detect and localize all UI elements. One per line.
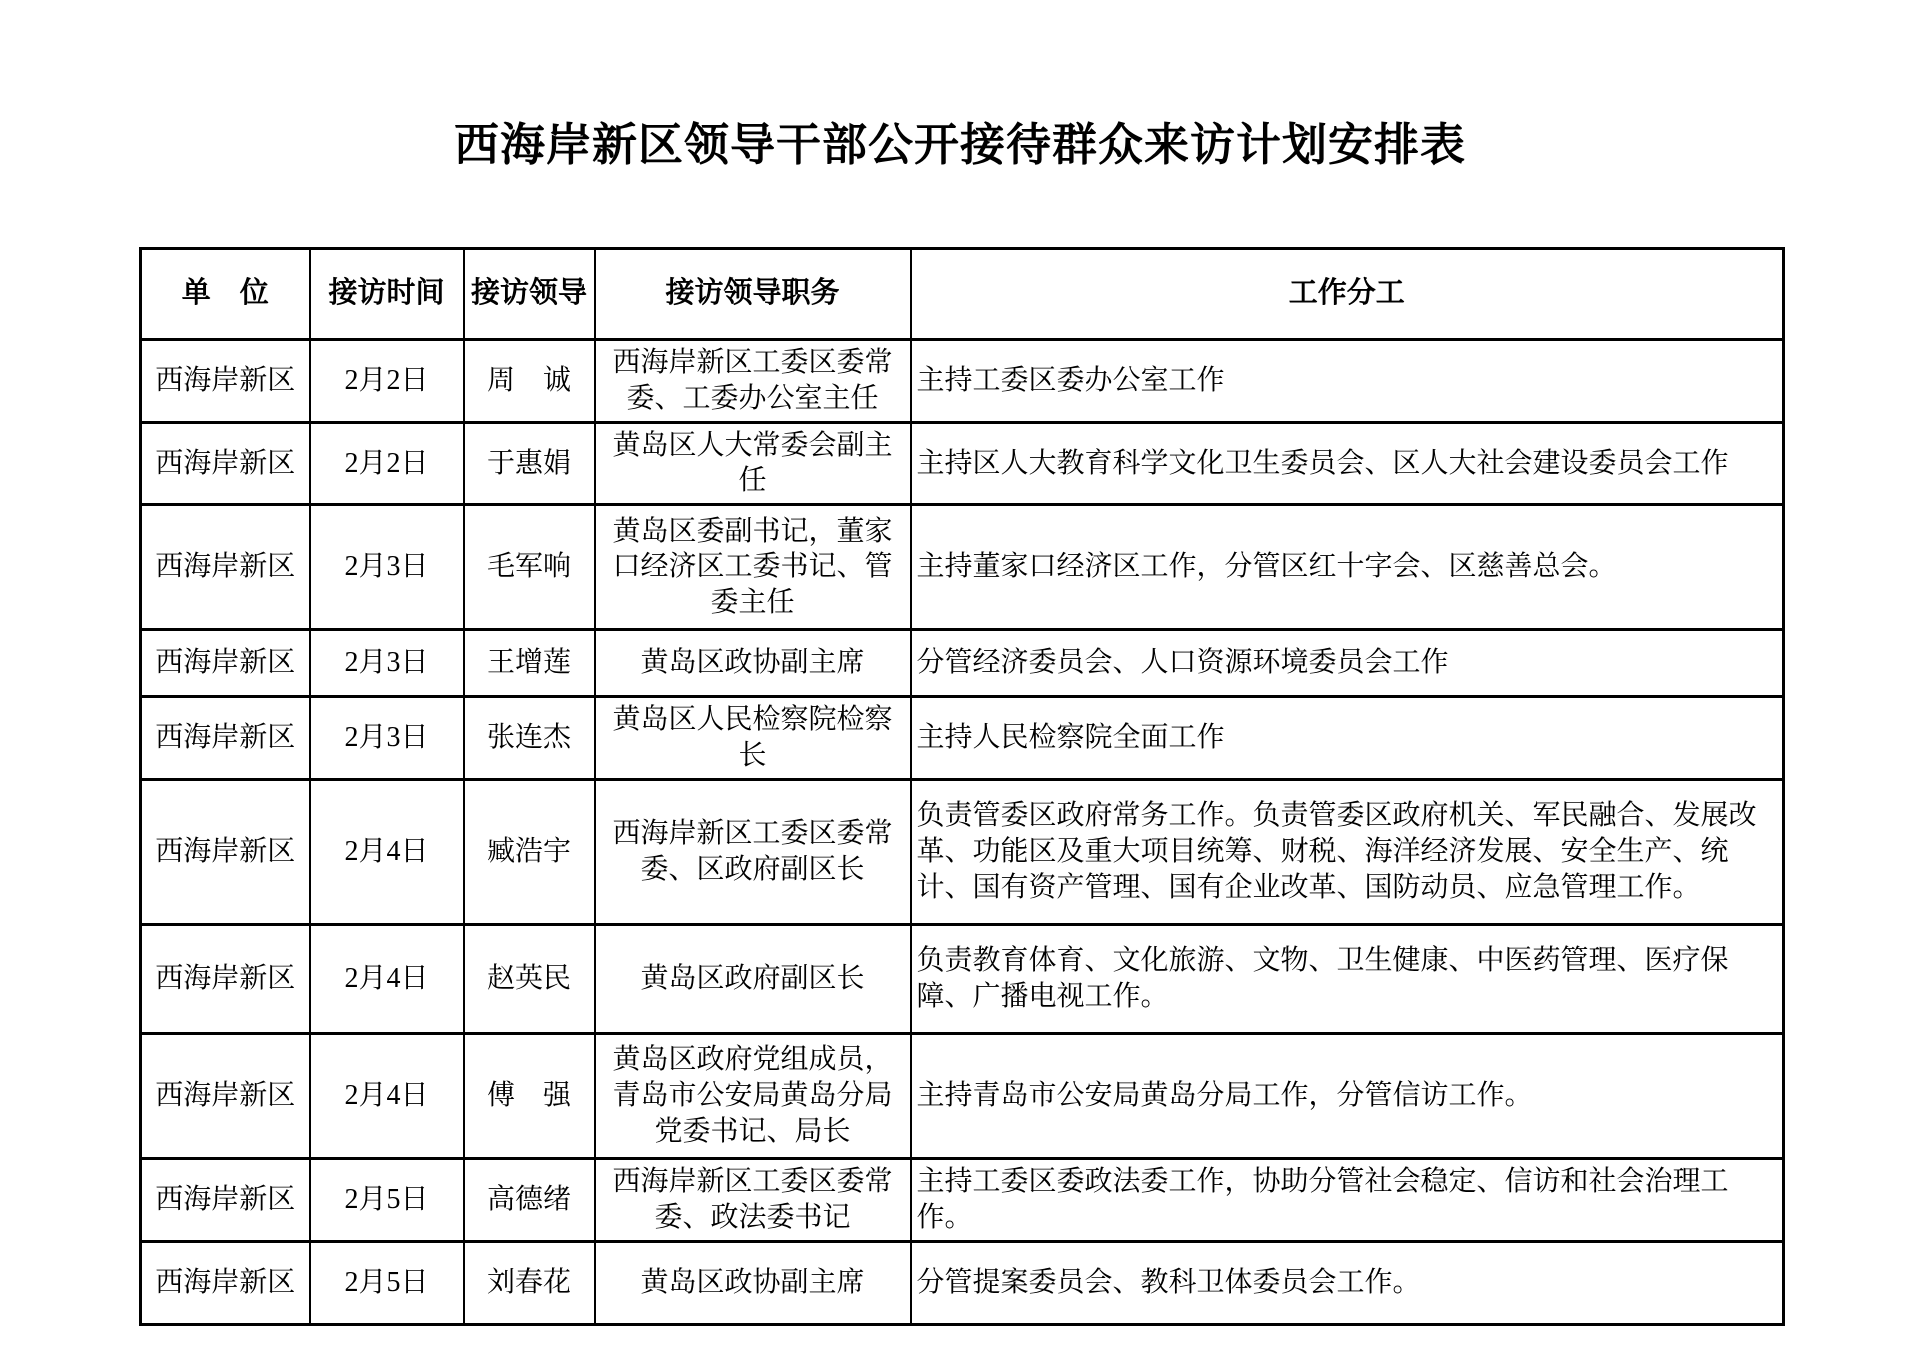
- duty-cell: 负责教育体育、文化旅游、文物、卫生健康、中医药管理、医疗保障、广播电视工作。: [911, 924, 1784, 1033]
- time-cell: 2月5日: [310, 1241, 464, 1324]
- table-row: 西海岸新区 2月2日 于惠娟 黄岛区人大常委会副主任 主持区人大教育科学文化卫生…: [141, 422, 1784, 505]
- leader-cell: 周 诚: [464, 340, 595, 423]
- page-title: 西海岸新区领导干部公开接待群众来访计划安排表: [0, 108, 1920, 173]
- time-cell: 2月4日: [310, 1033, 464, 1158]
- time-cell: 2月2日: [310, 340, 464, 423]
- time-cell: 2月5日: [310, 1158, 464, 1241]
- unit-cell: 西海岸新区: [141, 1158, 310, 1241]
- position-cell: 黄岛区政协副主席: [595, 1241, 911, 1324]
- duty-cell: 分管提案委员会、教科卫体委员会工作。: [911, 1241, 1784, 1324]
- unit-cell: 西海岸新区: [141, 779, 310, 924]
- time-cell: 2月3日: [310, 697, 464, 780]
- leader-cell: 赵英民: [464, 924, 595, 1033]
- table-header-row: 单 位 接访时间 接访领导 接访领导职务 工作分工: [141, 249, 1784, 340]
- position-cell: 黄岛区委副书记，董家口经济区工委书记、管委主任: [595, 505, 911, 630]
- table-row: 西海岸新区 2月2日 周 诚 西海岸新区工委区委常委、工委办公室主任 主持工委区…: [141, 340, 1784, 423]
- unit-cell: 西海岸新区: [141, 630, 310, 697]
- position-cell: 西海岸新区工委区委常委、政法委书记: [595, 1158, 911, 1241]
- leader-cell: 傅 强: [464, 1033, 595, 1158]
- position-cell: 黄岛区人大常委会副主任: [595, 422, 911, 505]
- duty-cell: 分管经济委员会、人口资源环境委员会工作: [911, 630, 1784, 697]
- table-row: 西海岸新区 2月3日 毛军响 黄岛区委副书记，董家口经济区工委书记、管委主任 主…: [141, 505, 1784, 630]
- duty-cell: 主持人民检察院全面工作: [911, 697, 1784, 780]
- leader-cell: 刘春花: [464, 1241, 595, 1324]
- column-header-leader: 接访领导: [464, 249, 595, 340]
- time-cell: 2月3日: [310, 505, 464, 630]
- time-cell: 2月3日: [310, 630, 464, 697]
- duty-cell: 主持董家口经济区工作，分管区红十字会、区慈善总会。: [911, 505, 1784, 630]
- document-page: 西海岸新区领导干部公开接待群众来访计划安排表 单 位 接访时间 接访领导 接访领…: [0, 0, 1920, 1358]
- duty-cell: 主持区人大教育科学文化卫生委员会、区人大社会建设委员会工作: [911, 422, 1784, 505]
- position-cell: 西海岸新区工委区委常委、工委办公室主任: [595, 340, 911, 423]
- duty-cell: 主持青岛市公安局黄岛分局工作，分管信访工作。: [911, 1033, 1784, 1158]
- column-header-time: 接访时间: [310, 249, 464, 340]
- leader-cell: 臧浩宇: [464, 779, 595, 924]
- table-row: 西海岸新区 2月5日 刘春花 黄岛区政协副主席 分管提案委员会、教科卫体委员会工…: [141, 1241, 1784, 1324]
- time-cell: 2月4日: [310, 779, 464, 924]
- table-row: 西海岸新区 2月4日 臧浩宇 西海岸新区工委区委常委、区政府副区长 负责管委区政…: [141, 779, 1784, 924]
- position-cell: 黄岛区政协副主席: [595, 630, 911, 697]
- table-row: 西海岸新区 2月3日 王增莲 黄岛区政协副主席 分管经济委员会、人口资源环境委员…: [141, 630, 1784, 697]
- leader-cell: 高德绪: [464, 1158, 595, 1241]
- table-row: 西海岸新区 2月5日 高德绪 西海岸新区工委区委常委、政法委书记 主持工委区委政…: [141, 1158, 1784, 1241]
- leader-cell: 张连杰: [464, 697, 595, 780]
- table-row: 西海岸新区 2月4日 傅 强 黄岛区政府党组成员，青岛市公安局黄岛分局党委书记、…: [141, 1033, 1784, 1158]
- position-cell: 西海岸新区工委区委常委、区政府副区长: [595, 779, 911, 924]
- duty-cell: 主持工委区委政法委工作，协助分管社会稳定、信访和社会治理工作。: [911, 1158, 1784, 1241]
- unit-cell: 西海岸新区: [141, 1241, 310, 1324]
- time-cell: 2月2日: [310, 422, 464, 505]
- table-row: 西海岸新区 2月4日 赵英民 黄岛区政府副区长 负责教育体育、文化旅游、文物、卫…: [141, 924, 1784, 1033]
- position-cell: 黄岛区人民检察院检察长: [595, 697, 911, 780]
- column-header-unit: 单 位: [141, 249, 310, 340]
- table-row: 西海岸新区 2月3日 张连杰 黄岛区人民检察院检察长 主持人民检察院全面工作: [141, 697, 1784, 780]
- position-cell: 黄岛区政府副区长: [595, 924, 911, 1033]
- leader-cell: 毛军响: [464, 505, 595, 630]
- position-cell: 黄岛区政府党组成员，青岛市公安局黄岛分局党委书记、局长: [595, 1033, 911, 1158]
- column-header-position: 接访领导职务: [595, 249, 911, 340]
- reception-schedule-table: 单 位 接访时间 接访领导 接访领导职务 工作分工 西海岸新区 2月2日 周 诚…: [139, 247, 1785, 1326]
- column-header-duty: 工作分工: [911, 249, 1784, 340]
- leader-cell: 于惠娟: [464, 422, 595, 505]
- unit-cell: 西海岸新区: [141, 505, 310, 630]
- time-cell: 2月4日: [310, 924, 464, 1033]
- unit-cell: 西海岸新区: [141, 422, 310, 505]
- unit-cell: 西海岸新区: [141, 924, 310, 1033]
- leader-cell: 王增莲: [464, 630, 595, 697]
- unit-cell: 西海岸新区: [141, 1033, 310, 1158]
- unit-cell: 西海岸新区: [141, 697, 310, 780]
- duty-cell: 负责管委区政府常务工作。负责管委区政府机关、军民融合、发展改革、功能区及重大项目…: [911, 779, 1784, 924]
- unit-cell: 西海岸新区: [141, 340, 310, 423]
- duty-cell: 主持工委区委办公室工作: [911, 340, 1784, 423]
